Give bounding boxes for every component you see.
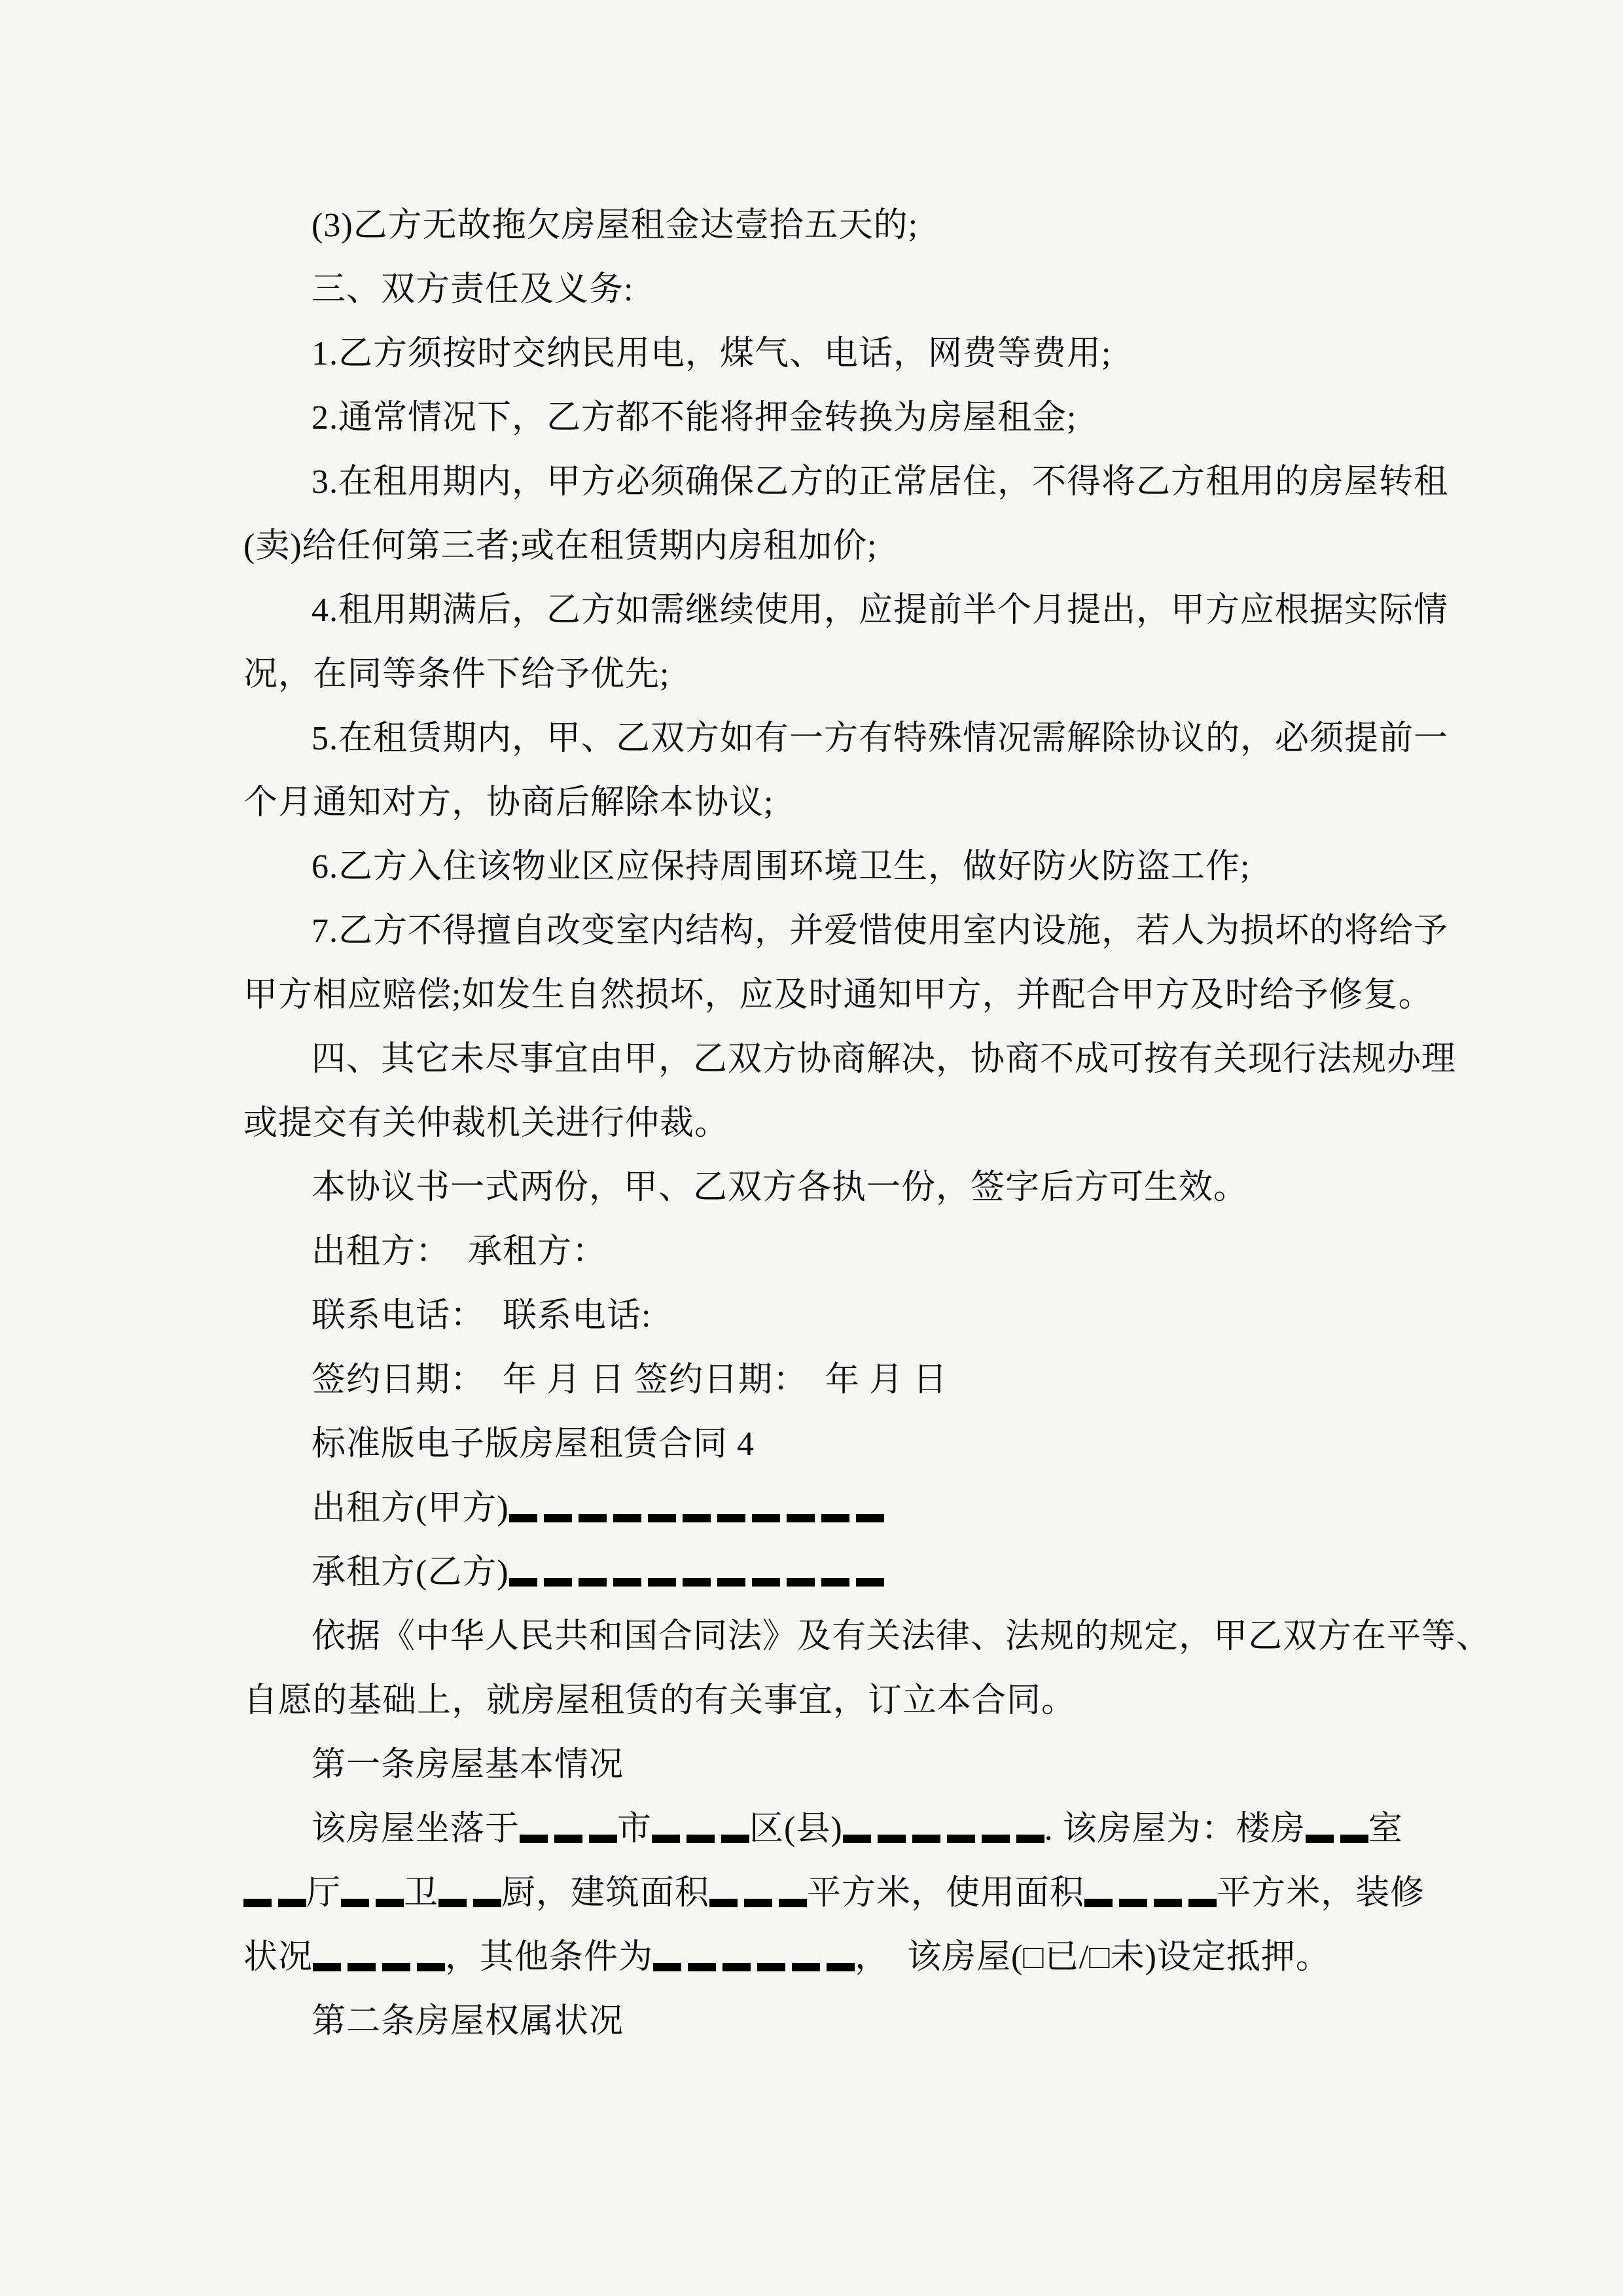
- blank-field: [509, 1578, 884, 1587]
- text-run: 联系电话： 联系电话:: [312, 1297, 651, 1335]
- contract-line-9: 5.在租赁期内，甲、乙双方如有一方有特殊情况需解除协议的，必须提前一: [243, 707, 1585, 771]
- text-run: (3)乙方无故拖欠房屋租金达壹拾五天的;: [312, 207, 918, 244]
- text-run: 承租方(乙方): [312, 1554, 509, 1591]
- contract-line-4: 2.通常情况下，乙方都不能将押金转换为房屋租金;: [243, 386, 1585, 450]
- text-run: 7.乙方不得擅自改变室内结构，并爱惜使用室内设施，若人为损坏的将给予: [312, 912, 1448, 950]
- text-run: 4.租用期满后，乙方如需继续使用，应提前半个月提出，甲方应根据实际情: [312, 592, 1448, 629]
- contract-line-13: 甲方相应赔偿;如发生自然损坏，应及时通知甲方，并配合甲方及时给予修复。: [243, 963, 1585, 1028]
- text-run: 室: [1368, 1810, 1403, 1848]
- contract-line-21: 出租方(甲方): [243, 1477, 1585, 1541]
- text-run: 出租方： 承租方：: [312, 1233, 607, 1270]
- text-run: 2.通常情况下，乙方都不能将押金转换为房屋租金;: [312, 399, 1077, 437]
- contract-line-17: 出租方： 承租方：: [243, 1220, 1585, 1284]
- blank-field: [243, 1899, 306, 1907]
- text-run: 个月通知对方，协商后解除本协议;: [243, 784, 774, 821]
- contract-line-15: 或提交有关仲裁机关进行仲裁。: [243, 1092, 1585, 1156]
- contract-line-8: 况，在同等条件下给予优先;: [243, 643, 1585, 707]
- text-run: . 该房屋为：楼房: [1044, 1810, 1306, 1848]
- contract-line-18: 联系电话： 联系电话:: [243, 1284, 1585, 1348]
- text-run: 区(县): [749, 1810, 843, 1848]
- contract-line-23: 依据《中华人民共和国合同法》及有关法律、法规的规定，甲乙双方在平等、: [243, 1605, 1585, 1669]
- contract-line-3: 1.乙方须按时交纳民用电，煤气、电话，网费等费用;: [243, 322, 1585, 386]
- contract-line-22: 承租方(乙方): [243, 1541, 1585, 1605]
- text-run: 5.在租赁期内，甲、乙双方如有一方有特殊情况需解除协议的，必须提前一: [312, 720, 1448, 757]
- text-run: 第一条房屋基本情况: [312, 1746, 624, 1784]
- contract-line-1: (3)乙方无故拖欠房屋租金达壹拾五天的;: [243, 194, 1585, 258]
- contract-document: (3)乙方无故拖欠房屋租金达壹拾五天的;三、双方责任及义务:1.乙方须按时交纳民…: [243, 194, 1585, 2054]
- blank-field: [1084, 1899, 1217, 1907]
- blank-field: [313, 1963, 445, 1971]
- text-run: 签约日期： 年 月 日 签约日期： 年 月 日: [312, 1361, 948, 1399]
- contract-line-11: 6.乙方入住该物业区应保持周围环境卫生，做好防火防盗工作;: [243, 835, 1585, 899]
- text-run: ， 该房屋(□已/□未)设定抵押。: [855, 1939, 1330, 1976]
- contract-line-25: 第一条房屋基本情况: [243, 1733, 1585, 1797]
- contract-line-10: 个月通知对方，协商后解除本协议;: [243, 771, 1585, 835]
- text-run: 出租方(甲方): [312, 1490, 509, 1527]
- text-run: 平方米，使用面积: [807, 1874, 1084, 1912]
- text-run: 或提交有关仲裁机关进行仲裁。: [243, 1105, 729, 1142]
- blank-field: [653, 1963, 855, 1971]
- blank-field: [509, 1514, 884, 1522]
- contract-page: (3)乙方无故拖欠房屋租金达壹拾五天的;三、双方责任及义务:1.乙方须按时交纳民…: [0, 0, 1623, 2296]
- blank-field: [341, 1899, 404, 1907]
- text-run: 厅: [306, 1874, 341, 1912]
- text-run: 甲方相应赔偿;如发生自然损坏，应及时通知甲方，并配合甲方及时给予修复。: [243, 977, 1433, 1014]
- blank-field: [709, 1899, 807, 1907]
- text-run: 标准版电子版房屋租赁合同 4: [312, 1426, 755, 1463]
- text-run: 第二条房屋权属状况: [312, 2003, 624, 2040]
- contract-line-19: 签约日期： 年 月 日 签约日期： 年 月 日: [243, 1348, 1585, 1412]
- text-run: 自愿的基础上，就房屋租赁的有关事宜，订立本合同。: [243, 1682, 1076, 1719]
- text-run: 本协议书一式两份，甲、乙双方各执一份，签字后方可生效。: [312, 1169, 1248, 1206]
- text-run: 三、双方责任及义务:: [312, 271, 633, 308]
- text-run: 3.在租用期内，甲方必须确保乙方的正常居住，不得将乙方租用的房屋转租: [312, 463, 1448, 501]
- text-run: 1.乙方须按时交纳民用电，煤气、电话，网费等费用;: [312, 335, 1111, 372]
- text-run: 况，在同等条件下给予优先;: [243, 656, 669, 693]
- contract-line-14: 四、其它未尽事宜由甲，乙双方协商解决，协商不成可按有关现行法规办理: [243, 1028, 1585, 1092]
- contract-line-20: 标准版电子版房屋租赁合同 4: [243, 1412, 1585, 1477]
- blank-field: [1306, 1835, 1368, 1843]
- text-run: 厨，建筑面积: [501, 1874, 709, 1912]
- contract-line-2: 三、双方责任及义务:: [243, 258, 1585, 322]
- text-run: (卖)给任何第三者;或在租赁期内房租加价;: [243, 528, 878, 565]
- blank-field: [843, 1835, 1044, 1843]
- text-run: 卫: [404, 1874, 438, 1912]
- text-run: 四、其它未尽事宜由甲，乙双方协商解决，协商不成可按有关现行法规办理: [312, 1041, 1456, 1078]
- contract-line-12: 7.乙方不得擅自改变室内结构，并爱惜使用室内设施，若人为损坏的将给予: [243, 899, 1585, 963]
- text-run: 市: [617, 1810, 652, 1848]
- contract-line-16: 本协议书一式两份，甲、乙双方各执一份，签字后方可生效。: [243, 1156, 1585, 1220]
- contract-line-27: 厅卫厨，建筑面积平方米，使用面积平方米，装修: [243, 1861, 1585, 1926]
- text-run: 该房屋坐落于: [312, 1810, 520, 1848]
- blank-field: [520, 1835, 617, 1843]
- text-run: 平方米，装修: [1217, 1874, 1425, 1912]
- contract-line-26: 该房屋坐落于市区(县). 该房屋为：楼房室: [243, 1797, 1585, 1861]
- text-run: ，其他条件为: [445, 1939, 653, 1976]
- text-run: 6.乙方入住该物业区应保持周围环境卫生，做好防火防盗工作;: [312, 848, 1250, 886]
- blank-field: [652, 1835, 749, 1843]
- text-run: 依据《中华人民共和国合同法》及有关法律、法规的规定，甲乙双方在平等、: [312, 1618, 1491, 1655]
- contract-line-5: 3.在租用期内，甲方必须确保乙方的正常居住，不得将乙方租用的房屋转租: [243, 450, 1585, 514]
- contract-line-7: 4.租用期满后，乙方如需继续使用，应提前半个月提出，甲方应根据实际情: [243, 579, 1585, 643]
- contract-line-6: (卖)给任何第三者;或在租赁期内房租加价;: [243, 514, 1585, 579]
- blank-field: [438, 1899, 501, 1907]
- contract-line-29: 第二条房屋权属状况: [243, 1990, 1585, 2054]
- text-run: 状况: [243, 1939, 313, 1976]
- contract-line-24: 自愿的基础上，就房屋租赁的有关事宜，订立本合同。: [243, 1669, 1585, 1733]
- contract-line-28: 状况，其他条件为， 该房屋(□已/□未)设定抵押。: [243, 1926, 1585, 1990]
